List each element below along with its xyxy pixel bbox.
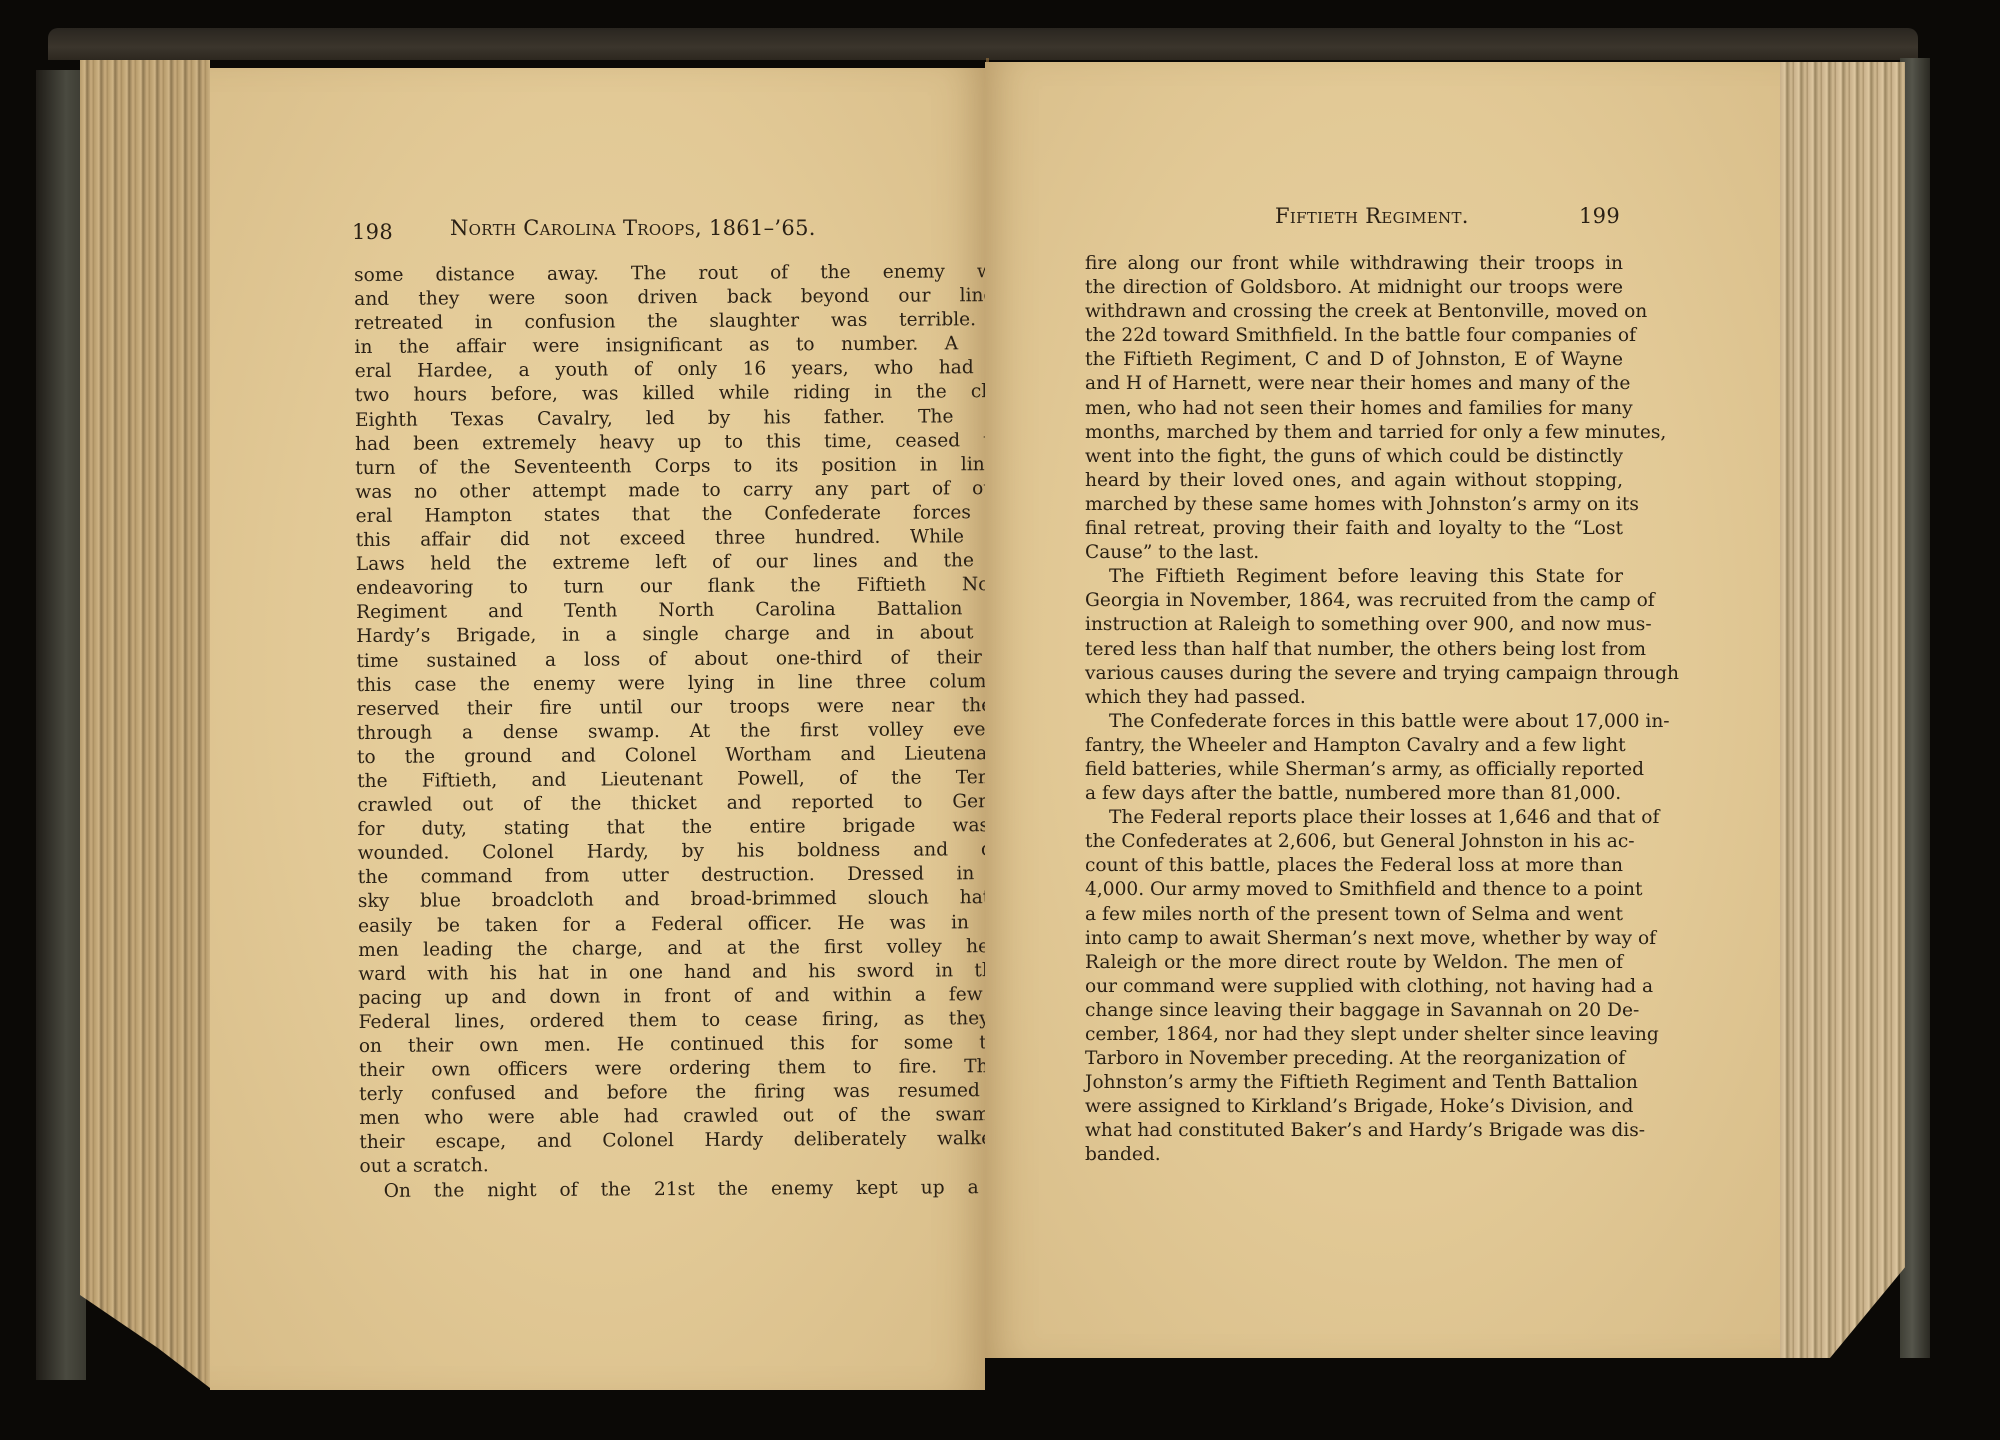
text-line: Raleigh or the more direct route by Weld… xyxy=(1085,951,1623,975)
text-line: which they had passed. xyxy=(1085,686,1623,710)
text-line: instruction at Raleigh to something over… xyxy=(1085,613,1623,637)
text-line: our command were supplied with clothing,… xyxy=(1085,975,1623,999)
left-page-number: 198 xyxy=(352,220,393,244)
text-line: fantry, the Wheeler and Hampton Cavalry … xyxy=(1085,734,1623,758)
right-page: Fiftieth Regiment. 199 fire along our fr… xyxy=(985,62,1780,1358)
text-line: change since leaving their baggage in Sa… xyxy=(1085,999,1623,1023)
text-line: cember, 1864, nor had they slept under s… xyxy=(1085,1023,1623,1047)
left-page: 198 North Carolina Troops, 1861–’65. som… xyxy=(210,68,985,1390)
text-line: the Confederates at 2,606, but General J… xyxy=(1085,830,1623,854)
text-line: various causes during the severe and try… xyxy=(1085,662,1623,686)
text-line: and H of Harnett, were near their homes … xyxy=(1085,372,1623,396)
right-running-head: Fiftieth Regiment. xyxy=(1275,204,1469,228)
text-line: fire along our front while withdrawing t… xyxy=(1085,252,1623,276)
text-line: Tarboro in November preceding. At the re… xyxy=(1085,1047,1623,1071)
text-line: 4,000. Our army moved to Smithfield and … xyxy=(1085,878,1623,902)
text-line: heard by their loved ones, and again wit… xyxy=(1085,469,1623,493)
text-line: marched by these same homes with Johnsto… xyxy=(1085,493,1623,517)
text-line: banded. xyxy=(1085,1143,1623,1167)
text-line: into camp to await Sherman’s next move, … xyxy=(1085,927,1623,951)
text-line: the direction of Goldsboro. At midnight … xyxy=(1085,276,1623,300)
text-line: The Federal reports place their losses a… xyxy=(1085,806,1623,830)
book-cover-left xyxy=(36,70,86,1380)
text-line: final retreat, proving their faith and l… xyxy=(1085,517,1623,541)
page-stack-left xyxy=(80,60,210,1388)
right-page-number: 199 xyxy=(1579,204,1620,228)
text-line: Cause” to the last. xyxy=(1085,541,1623,565)
text-line: tered less than half that number, the ot… xyxy=(1085,638,1623,662)
page-stack-right xyxy=(1780,62,1905,1358)
book-cover-top-edge xyxy=(48,28,1918,60)
text-line: withdrawn and crossing the creek at Bent… xyxy=(1085,300,1623,324)
text-line: what had constituted Baker’s and Hardy’s… xyxy=(1085,1119,1623,1143)
text-line: The Confederate forces in this battle we… xyxy=(1085,710,1623,734)
text-line: field batteries, while Sherman’s army, a… xyxy=(1085,758,1623,782)
text-line: a few miles north of the present town of… xyxy=(1085,903,1623,927)
text-line: months, marched by them and tarried for … xyxy=(1085,421,1623,445)
text-line: count of this battle, places the Federal… xyxy=(1085,854,1623,878)
text-line: were assigned to Kirkland’s Brigade, Hok… xyxy=(1085,1095,1623,1119)
text-line: The Fiftieth Regiment before leaving thi… xyxy=(1085,565,1623,589)
text-line: men, who had not seen their homes and fa… xyxy=(1085,397,1623,421)
text-line: went into the fight, the guns of which c… xyxy=(1085,445,1623,469)
text-line: the Fiftieth Regiment, C and D of Johnst… xyxy=(1085,348,1623,372)
text-line: the 22d toward Smithfield. In the battle… xyxy=(1085,324,1623,348)
text-line: Georgia in November, 1864, was recruited… xyxy=(1085,589,1623,613)
text-line: Johnston’s army the Fiftieth Regiment an… xyxy=(1085,1071,1623,1095)
right-page-body: fire along our front while withdrawing t… xyxy=(1085,252,1623,1168)
left-running-head: North Carolina Troops, 1861–’65. xyxy=(450,216,816,240)
book-photo: 198 North Carolina Troops, 1861–’65. som… xyxy=(0,0,2000,1440)
text-line: a few days after the battle, numbered mo… xyxy=(1085,782,1623,806)
